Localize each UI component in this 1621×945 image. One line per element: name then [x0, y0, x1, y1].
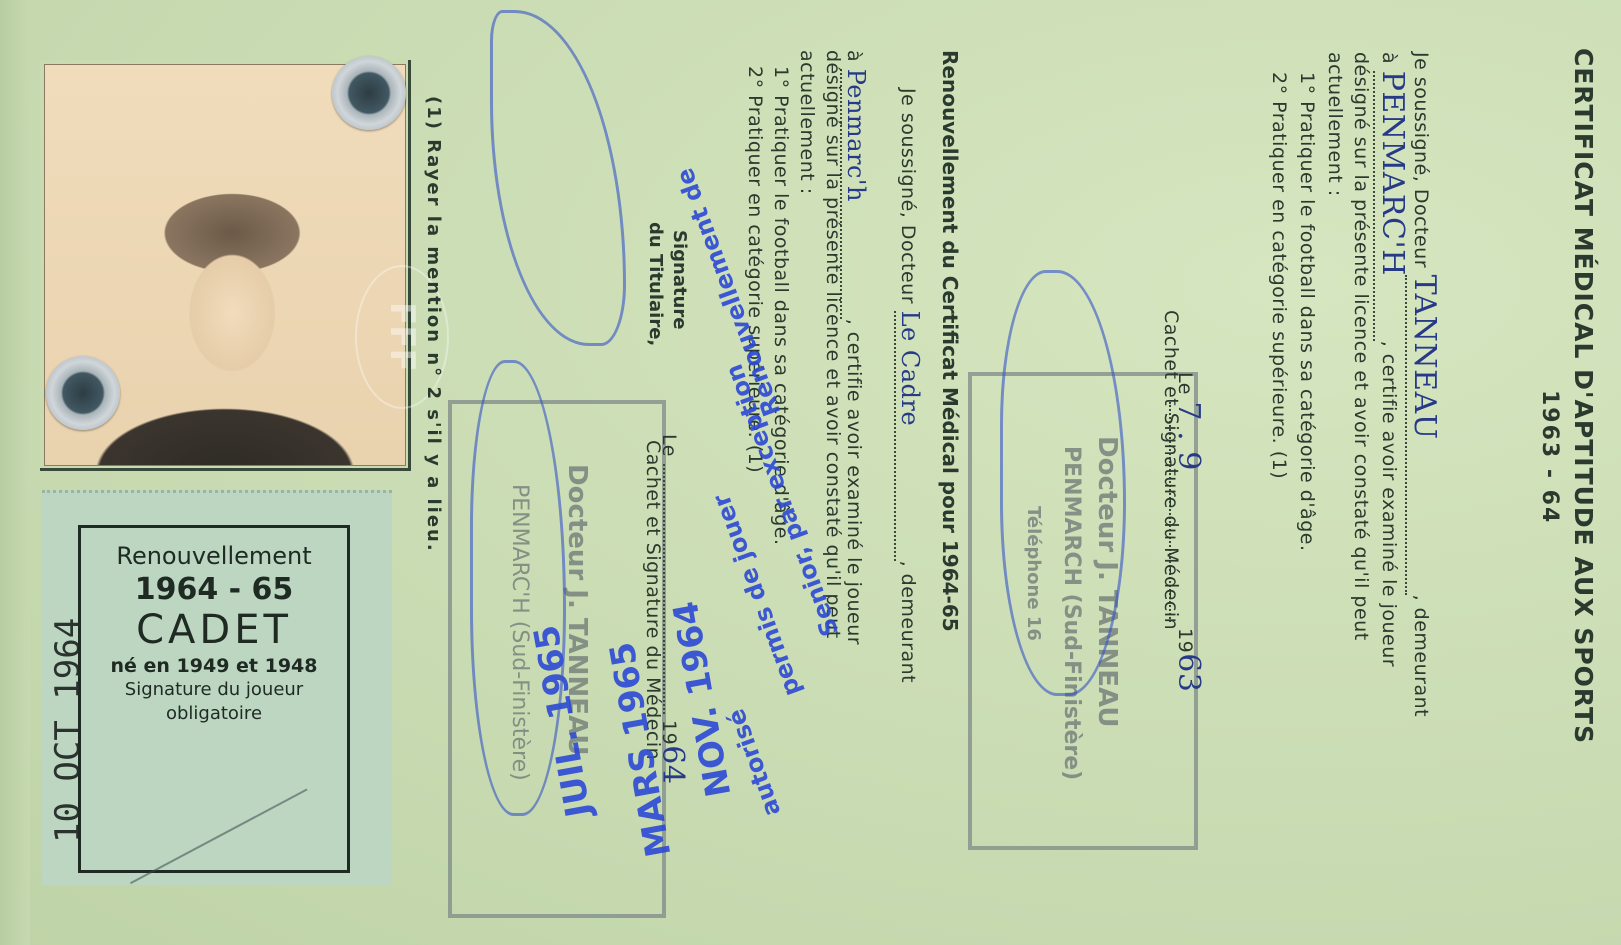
renewal-line-4: actuellement : [796, 50, 818, 195]
certificate-title: CERTIFICAT MÉDICAL D'APTITUDE AUX SPORTS [1569, 48, 1598, 744]
holder-signature-label-1: Signature [669, 230, 690, 329]
renewal-line-3: désigné sur la présente licence et avoir… [822, 50, 844, 639]
certificate-card: FFF 10 OCT 1964 Renouvellement 1964 - 65… [0, 0, 1621, 945]
holder-signature-label-2: du Titulaire, [645, 222, 666, 346]
doctor-signature-1 [1000, 270, 1126, 696]
certificate-line-1: Je soussigné, Docteur TANNEAU, demeurant [1405, 52, 1442, 717]
renewal-stamp-season: 1964 - 65 [81, 572, 347, 607]
certificate-line-4: actuellement : [1324, 52, 1346, 197]
renewal-stamp-birth-years: né en 1949 et 1948 [81, 655, 347, 677]
certificate-season: 1963 - 64 [1537, 390, 1562, 524]
certificate-cachet-label: Cachet et Signature du Médecin [1160, 310, 1182, 630]
eyelet-icon [332, 56, 406, 130]
holder-signature [490, 10, 626, 346]
doctor-name-field: TANNEAU [1405, 275, 1442, 595]
footnote: (1) Rayer la mention n° 2 s'il y a lieu. [423, 96, 444, 553]
renewal-title: Renouvellement du Certificat Médical pou… [938, 50, 962, 632]
city-field: PENMARC'H [1373, 71, 1410, 341]
renewal-city-field: Penmarc'h [840, 69, 870, 319]
renewal-doctor-field: Le Cadre [894, 311, 924, 561]
certificate-item-1: 1° Pratiquer le football dans sa catégor… [1296, 72, 1318, 552]
renewal-stamp-mandatory: obligatoire [81, 703, 347, 725]
certificate-line-2: à PENMARC'H, certifie avoir examiné le j… [1373, 52, 1410, 667]
renewal-stamp-category: CADET [81, 607, 347, 653]
renewal-line-2: à Penmarc'h, certifie avoir examiné le j… [840, 50, 870, 645]
certificate-line-3: désigné sur la présente licence et avoir… [1350, 52, 1372, 641]
renewal-stamp-signature-label: Signature du joueur [81, 679, 347, 701]
eyelet-icon [46, 356, 120, 430]
renewal-stamp-label: Renouvellement [81, 542, 347, 570]
renewal-line-1: Je soussigné, Docteur Le Cadre, demeuran… [894, 88, 924, 683]
certificate-item-2: 2° Pratiquer en catégorie supérieure. (1… [1268, 72, 1290, 479]
